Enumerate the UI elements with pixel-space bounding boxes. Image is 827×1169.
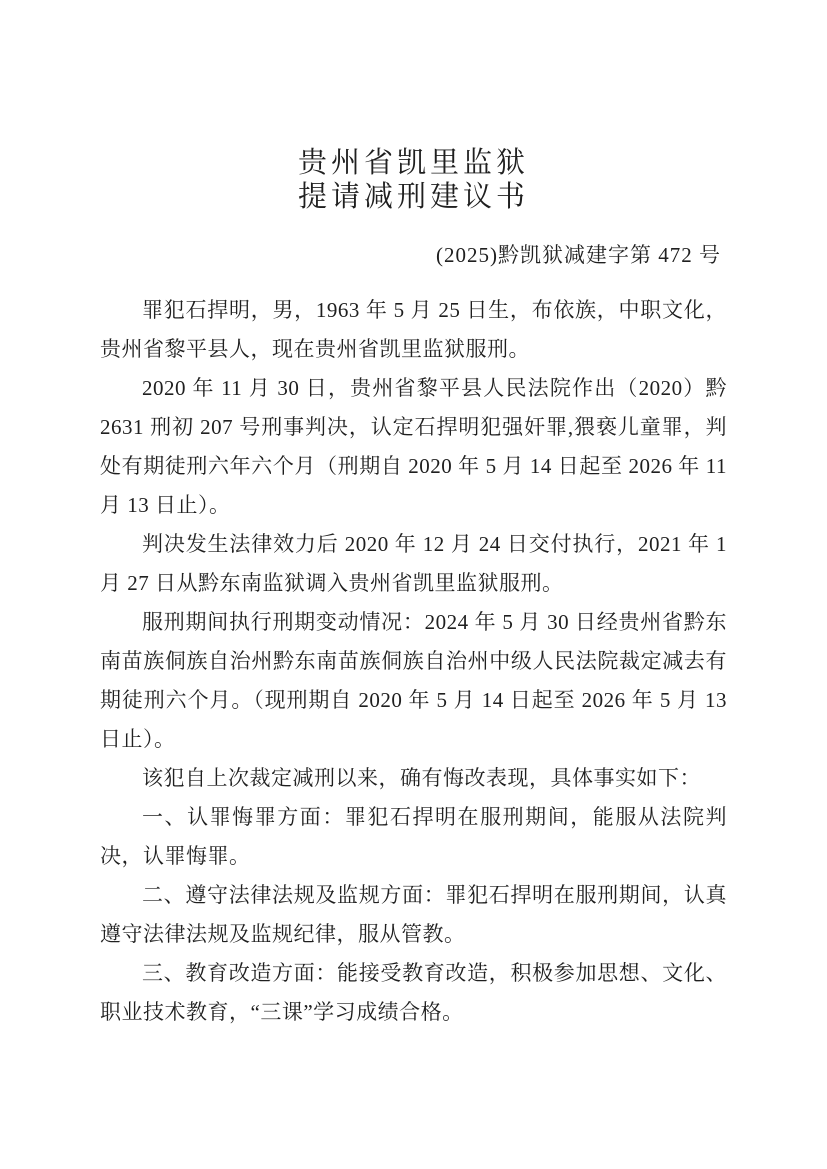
- document-number: (2025)黔凯狱减建字第 472 号: [100, 242, 727, 268]
- document-title: 贵州省凯里监狱: [100, 146, 727, 180]
- para-term-change: 服刑期间执行刑期变动情况：2024 年 5 月 30 日经贵州省黔东南苗族侗族自…: [100, 603, 727, 759]
- document-page: 贵州省凯里监狱 提请减刑建议书 (2025)黔凯狱减建字第 472 号 罪犯石捍…: [0, 0, 827, 1169]
- para-item-2-discipline: 二、遵守法律法规及监规方面：罪犯石捍明在服刑期间，认真遵守法律法规及监规纪律，服…: [100, 876, 727, 954]
- para-item-1-confession: 一、认罪悔罪方面：罪犯石捍明在服刑期间，能服从法院判决，认罪悔罪。: [100, 798, 727, 876]
- document-subtitle: 提请减刑建议书: [100, 180, 727, 214]
- para-remorse-intro: 该犯自上次裁定减刑以来，确有悔改表现，具体事实如下：: [100, 759, 727, 798]
- para-item-3-education: 三、教育改造方面：能接受教育改造，积极参加思想、文化、职业技术教育，“三课”学习…: [100, 954, 727, 1032]
- document-content: 贵州省凯里监狱 提请减刑建议书 (2025)黔凯狱减建字第 472 号 罪犯石捍…: [100, 146, 727, 1032]
- para-judgment: 2020 年 11 月 30 日，贵州省黎平县人民法院作出（2020）黔 263…: [100, 369, 727, 525]
- document-body: 罪犯石捍明，男，1963 年 5 月 25 日生，布依族，中职文化，贵州省黎平县…: [100, 291, 727, 1032]
- para-offender-info: 罪犯石捍明，男，1963 年 5 月 25 日生，布依族，中职文化，贵州省黎平县…: [100, 291, 727, 369]
- para-execution-transfer: 判决发生法律效力后 2020 年 12 月 24 日交付执行，2021 年 1 …: [100, 525, 727, 603]
